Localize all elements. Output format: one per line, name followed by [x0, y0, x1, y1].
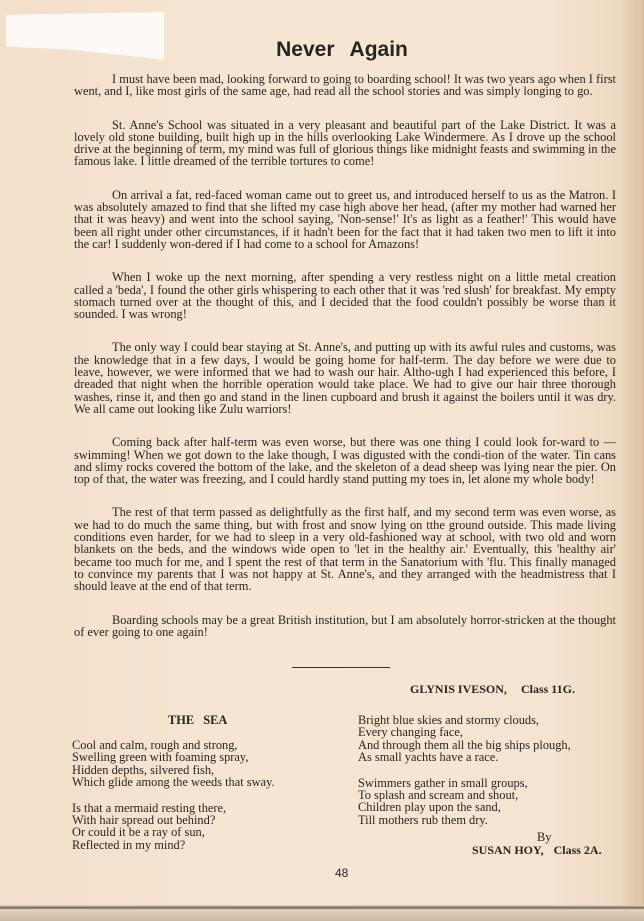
article-paragraph: Coming back after half-term was even wor…	[74, 436, 616, 485]
poem-author-class: Class 2A.	[554, 843, 602, 857]
page-gutter-shadow	[634, 0, 644, 921]
article-paragraph: I must have been mad, looking forward to…	[74, 73, 616, 98]
poem-stanza: Bright blue skies and stormy clouds, Eve…	[358, 714, 571, 764]
poem-stanza: Is that a mermaid resting there, With ha…	[72, 802, 275, 852]
poem-right-column: Bright blue skies and stormy clouds, Eve…	[358, 714, 571, 839]
page-bottom-edge	[0, 905, 644, 921]
article-body: I must have been mad, looking forward to…	[74, 73, 616, 638]
poem-line: Till mothers rub them dry.	[358, 814, 571, 826]
magazine-page: Never Again I must have been mad, lookin…	[0, 0, 644, 921]
poem-line: Children play upon the sand,	[358, 801, 571, 813]
poem-stanza: Cool and calm, rough and strong, Swellin…	[72, 739, 275, 789]
article-paragraph: The rest of that term passed as delightf…	[74, 506, 616, 592]
poem-stanza: Swimmers gather in small groups, To spla…	[358, 777, 571, 827]
poem-line: As small yachts have a race.	[358, 751, 571, 763]
article-signature: GLYNIS IVESON,Class 11G.	[410, 682, 575, 697]
section-divider	[292, 667, 390, 669]
article-paragraph: St. Anne's School was situated in a very…	[74, 119, 616, 168]
article-paragraph: When I woke up the next morning, after s…	[74, 271, 616, 320]
poem-title: THE SEA	[168, 713, 227, 728]
article-title: Never Again	[0, 38, 644, 62]
article-author: GLYNIS IVESON,	[410, 682, 507, 696]
poem-line: Swelling green with foaming spray,	[72, 751, 275, 763]
poem-line: Reflected in my mind?	[72, 839, 275, 851]
article-author-class: Class 11G.	[521, 682, 575, 696]
poem-line: Every changing face,	[358, 726, 571, 738]
poem-left-column: Cool and calm, rough and strong, Swellin…	[72, 739, 275, 864]
page-number: 48	[335, 866, 348, 880]
poem-line: Which glide among the weeds that sway.	[72, 776, 275, 788]
article-paragraph: On arrival a fat, red-faced woman came o…	[74, 189, 616, 250]
article-paragraph: Boarding schools may be a great British …	[74, 614, 616, 639]
poem-signature: SUSAN HOY,Class 2A.	[472, 843, 602, 858]
poem-line: Or could it be a ray of sun,	[72, 826, 275, 838]
poem-author: SUSAN HOY,	[472, 843, 544, 857]
article-paragraph: The only way I could bear staying at St.…	[74, 341, 616, 415]
